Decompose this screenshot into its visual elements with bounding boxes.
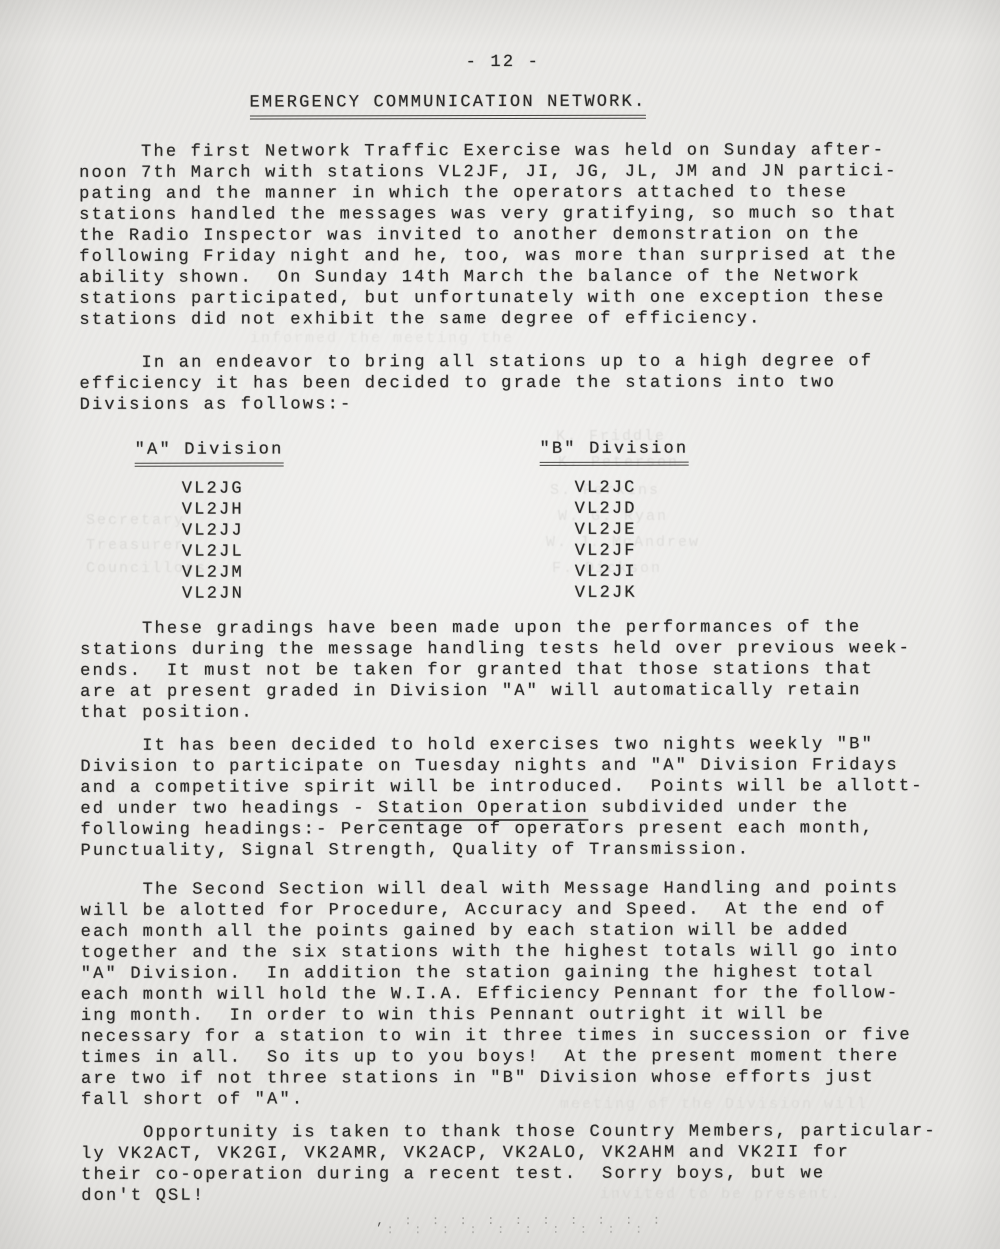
page-number: - 12 -	[79, 51, 927, 74]
division-table: "A" Division VL2JG VL2JH VL2JJ VL2JL VL2…	[80, 438, 928, 605]
division-b-heading-text: "B" Division	[539, 439, 688, 466]
paragraph-second-section: The Second Section will deal with Messag…	[81, 878, 929, 1111]
paragraph-grading-intro: In an endeavor to bring all stations up …	[79, 351, 927, 416]
typed-text-block: - 12 - EMERGENCY COMMUNICATION NETWORK. …	[79, 0, 930, 1235]
division-b-column: "B" Division VL2JC VL2JD VL2JE VL2JF VL2…	[539, 439, 688, 604]
paragraph-thanks: Opportunity is taken to thank those Coun…	[81, 1121, 929, 1207]
typed-dots-divider: ,: : : : : : : : : : : : : : : : : : : :	[376, 1215, 929, 1234]
line-with-underline: ed under two headings - Station Operatio…	[80, 797, 928, 820]
page-title: EMERGENCY COMMUNICATION NETWORK.	[24, 91, 872, 120]
page-title-text: EMERGENCY COMMUNICATION NETWORK.	[249, 92, 646, 120]
paragraph-exercise-schedule: It has been decided to hold exercises tw…	[80, 734, 928, 862]
line-segment: ed under two headings -	[80, 799, 378, 819]
paragraph-first-exercise: The first Network Traffic Exercise was h…	[79, 140, 927, 331]
line-segment: subdivided under the	[589, 798, 849, 818]
paragraph-gradings-basis: These gradings have been made upon the p…	[80, 617, 928, 724]
paragraph-part: following headings:- Percentage of opera…	[80, 818, 928, 862]
division-a-stations: VL2JG VL2JH VL2JJ VL2JL VL2JM VL2JN	[135, 478, 284, 604]
division-b-stations: VL2JC VL2JD VL2JE VL2JF VL2JI VL2JK	[540, 478, 689, 604]
scanned-page: informed the meeting the K. Friddle K. P…	[0, 0, 1000, 1249]
paragraph-part: It has been decided to hold exercises tw…	[80, 734, 928, 799]
division-a-heading-text: "A" Division	[135, 439, 284, 466]
division-a-heading: "A" Division	[135, 439, 284, 466]
division-a-column: "A" Division VL2JG VL2JH VL2JJ VL2JL VL2…	[135, 439, 284, 604]
division-b-heading: "B" Division	[539, 439, 688, 466]
